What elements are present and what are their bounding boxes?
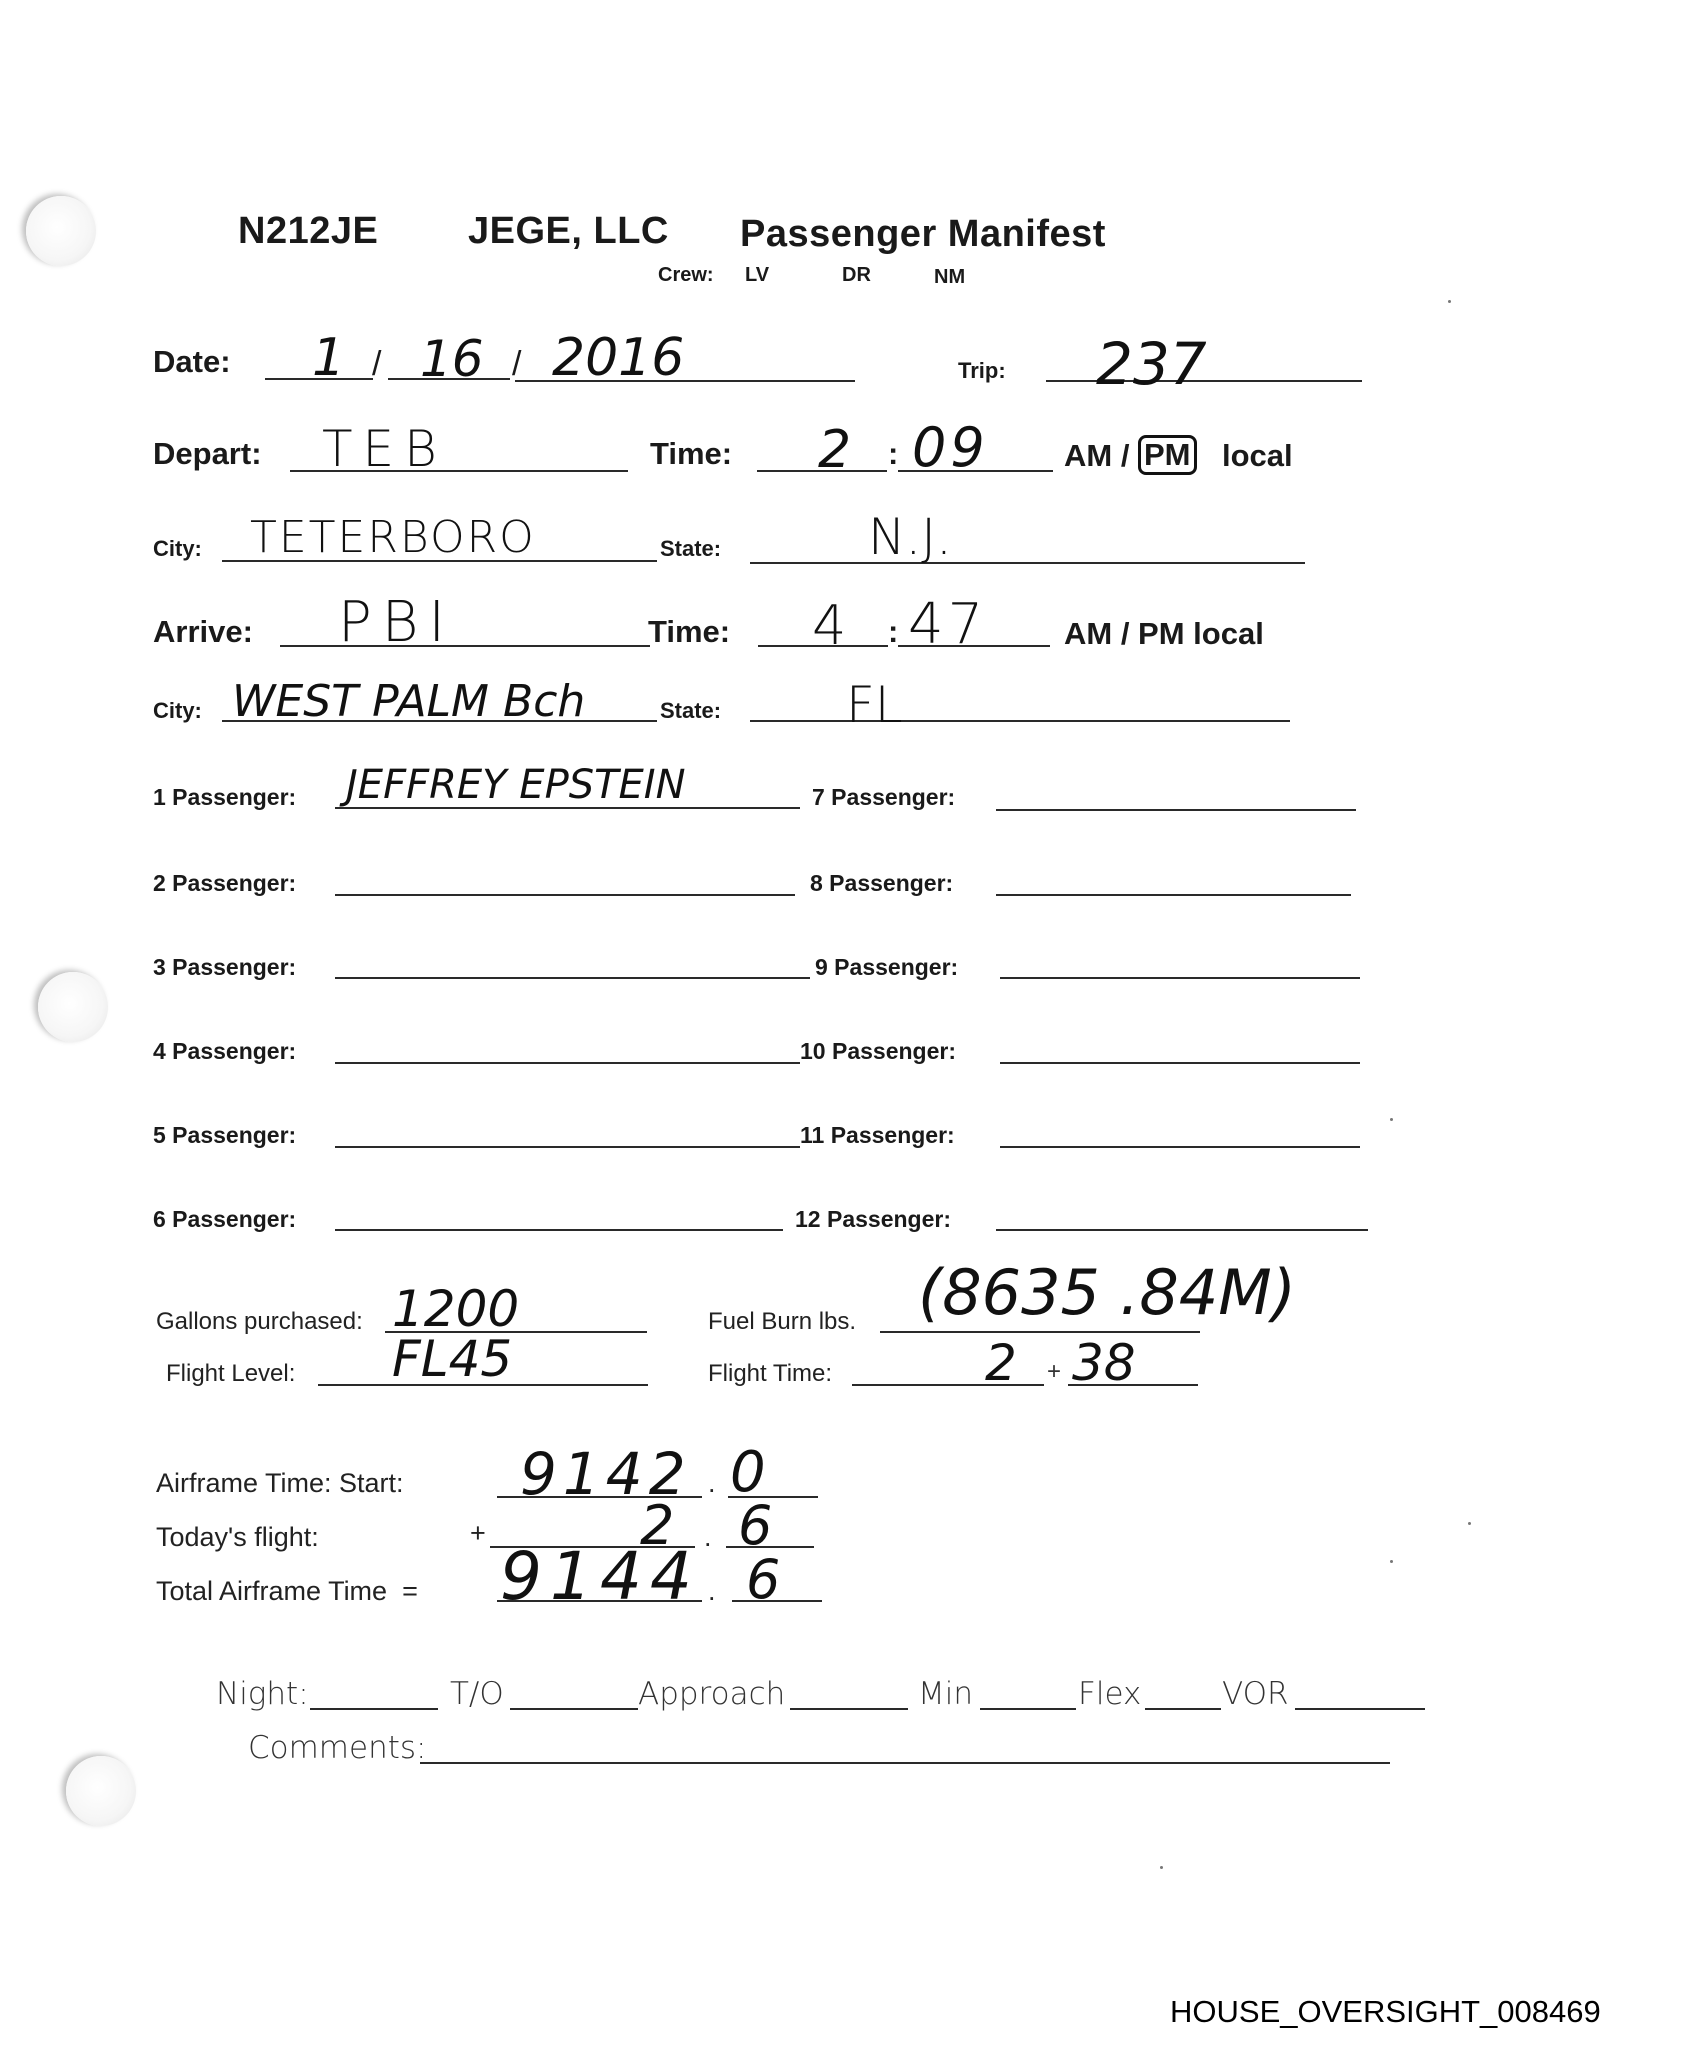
crew-member-3: NM bbox=[934, 266, 965, 289]
arrive-airport-value: PBI bbox=[338, 590, 455, 655]
passenger-6-field[interactable] bbox=[335, 1229, 783, 1231]
date-month-value: 1 bbox=[312, 328, 345, 388]
depart-time-label: Time: bbox=[650, 436, 732, 472]
todays-flight-label: Today's flight: bbox=[156, 1522, 319, 1553]
crew-label: Crew: bbox=[658, 264, 714, 287]
flight-level-label: Flight Level: bbox=[166, 1360, 295, 1388]
bates-number: HOUSE_OVERSIGHT_008469 bbox=[1170, 1994, 1601, 2030]
depart-minute-value: 09 bbox=[912, 416, 989, 479]
passenger-11-label: 11 Passenger: bbox=[800, 1122, 955, 1149]
flex-label: Flex bbox=[1078, 1676, 1141, 1712]
passenger-12-label: 12 Passenger: bbox=[795, 1206, 951, 1233]
binder-hole-top bbox=[26, 196, 96, 266]
depart-label: Depart: bbox=[153, 436, 262, 472]
airframe-start-label: Airframe Time: Start: bbox=[156, 1468, 404, 1499]
time-colon: : bbox=[888, 614, 898, 650]
takeoff-label: T/O bbox=[450, 1676, 504, 1712]
decimal-point: . bbox=[708, 1468, 716, 1499]
scan-speck bbox=[1468, 1522, 1471, 1525]
passenger-8-field[interactable] bbox=[996, 894, 1351, 896]
passenger-2-field[interactable] bbox=[335, 894, 795, 896]
depart-local-label: local bbox=[1222, 438, 1293, 474]
binder-hole-bottom bbox=[66, 1756, 136, 1826]
flight-time-label: Flight Time: bbox=[708, 1360, 832, 1388]
fuel-burn-label: Fuel Burn lbs. bbox=[708, 1308, 856, 1336]
flight-time-separator: + bbox=[1047, 1358, 1061, 1386]
crew-member-1: LV bbox=[745, 264, 769, 287]
arrive-state-label: State: bbox=[660, 698, 721, 724]
arrive-time-label: Time: bbox=[648, 614, 730, 650]
passenger-10-label: 10 Passenger: bbox=[800, 1038, 956, 1065]
passenger-1-label: 1 Passenger: bbox=[153, 784, 296, 811]
min-label: Min bbox=[918, 1676, 973, 1712]
arrive-minute-value: 47 bbox=[908, 592, 987, 657]
total-airframe-whole-value: 9144 bbox=[500, 1538, 700, 1615]
date-slash: / bbox=[372, 345, 381, 384]
fuel-burn-value: (8635 .84M) bbox=[918, 1256, 1296, 1329]
total-airframe-decimal-value: 6 bbox=[746, 1548, 780, 1611]
form-title: Passenger Manifest bbox=[740, 213, 1106, 256]
depart-pm-option-selected[interactable]: PM bbox=[1138, 435, 1197, 475]
depart-am-option[interactable]: AM / bbox=[1064, 438, 1129, 474]
depart-state-value: N.J. bbox=[868, 508, 952, 566]
flight-time-minutes-value: 38 bbox=[1072, 1334, 1136, 1392]
arrive-airport-field[interactable] bbox=[280, 645, 650, 647]
passenger-12-field[interactable] bbox=[996, 1229, 1368, 1231]
approach-label: Approach bbox=[638, 1676, 785, 1712]
trip-number-value: 237 bbox=[1096, 330, 1207, 398]
flight-time-hours-value: 2 bbox=[985, 1334, 1017, 1392]
trip-label: Trip: bbox=[958, 358, 1006, 384]
scan-speck bbox=[1448, 300, 1451, 303]
arrive-hour-value: 4 bbox=[812, 594, 846, 657]
flex-field[interactable] bbox=[1145, 1708, 1221, 1710]
company-name: JEGE, LLC bbox=[468, 210, 669, 253]
gallons-purchased-label: Gallons purchased: bbox=[156, 1308, 363, 1336]
vor-field[interactable] bbox=[1295, 1708, 1425, 1710]
night-field[interactable] bbox=[310, 1708, 438, 1710]
depart-state-field[interactable] bbox=[750, 562, 1305, 564]
passenger-1-name: JEFFREY EPSTEIN bbox=[346, 762, 686, 808]
passenger-6-label: 6 Passenger: bbox=[153, 1206, 296, 1233]
depart-city-value: TETERBORO bbox=[250, 512, 536, 563]
decimal-point: . bbox=[704, 1522, 712, 1553]
passenger-3-label: 3 Passenger: bbox=[153, 954, 296, 981]
arrive-city-value: WEST PALM Bch bbox=[232, 676, 585, 727]
tail-number: N212JE bbox=[238, 210, 378, 253]
passenger-4-label: 4 Passenger: bbox=[153, 1038, 296, 1065]
arrive-state-value: FL bbox=[846, 676, 903, 734]
arrive-ampm-label[interactable]: AM / PM local bbox=[1064, 616, 1264, 652]
decimal-point: . bbox=[708, 1576, 716, 1607]
date-day-value: 16 bbox=[420, 330, 484, 388]
approach-field[interactable] bbox=[790, 1708, 908, 1710]
time-colon: : bbox=[888, 436, 898, 472]
passenger-7-field[interactable] bbox=[996, 809, 1356, 811]
depart-city-label: City: bbox=[153, 536, 202, 562]
night-label: Night: bbox=[216, 1676, 309, 1712]
scan-speck bbox=[1390, 1560, 1393, 1563]
passenger-9-label: 9 Passenger: bbox=[815, 954, 958, 981]
passenger-4-field[interactable] bbox=[335, 1062, 800, 1064]
pm-circled: PM bbox=[1138, 435, 1197, 475]
fuel-burn-field[interactable] bbox=[880, 1331, 1200, 1333]
passenger-2-label: 2 Passenger: bbox=[153, 870, 296, 897]
passenger-9-field[interactable] bbox=[1000, 977, 1360, 979]
passenger-10-field[interactable] bbox=[1000, 1062, 1360, 1064]
scan-speck bbox=[1160, 1866, 1163, 1869]
crew-member-2: DR bbox=[842, 264, 871, 287]
date-slash: / bbox=[512, 345, 521, 384]
takeoff-field[interactable] bbox=[510, 1708, 638, 1710]
passenger-5-label: 5 Passenger: bbox=[153, 1122, 296, 1149]
passenger-3-field[interactable] bbox=[335, 977, 810, 979]
arrive-city-label: City: bbox=[153, 698, 202, 724]
scan-speck bbox=[1390, 1118, 1393, 1121]
arrive-state-field[interactable] bbox=[750, 720, 1290, 722]
passenger-7-label: 7 Passenger: bbox=[812, 784, 955, 811]
date-label: Date: bbox=[153, 344, 231, 380]
comments-field[interactable] bbox=[420, 1762, 1390, 1764]
flight-level-value: FL45 bbox=[392, 1330, 512, 1388]
arrive-label: Arrive: bbox=[153, 614, 253, 650]
min-field[interactable] bbox=[980, 1708, 1076, 1710]
depart-state-label: State: bbox=[660, 536, 721, 562]
passenger-11-field[interactable] bbox=[1000, 1146, 1360, 1148]
passenger-8-label: 8 Passenger: bbox=[810, 870, 953, 897]
depart-hour-value: 2 bbox=[818, 420, 851, 480]
comments-label: Comments: bbox=[248, 1730, 426, 1766]
binder-hole-middle bbox=[38, 972, 108, 1042]
date-year-value: 2016 bbox=[552, 328, 684, 388]
depart-airport-value: TEB bbox=[322, 420, 447, 478]
total-airframe-label: Total Airframe Time = bbox=[156, 1576, 418, 1607]
plus-sign: + bbox=[470, 1518, 486, 1549]
vor-label: VOR bbox=[1222, 1676, 1289, 1712]
passenger-5-field[interactable] bbox=[335, 1146, 800, 1148]
